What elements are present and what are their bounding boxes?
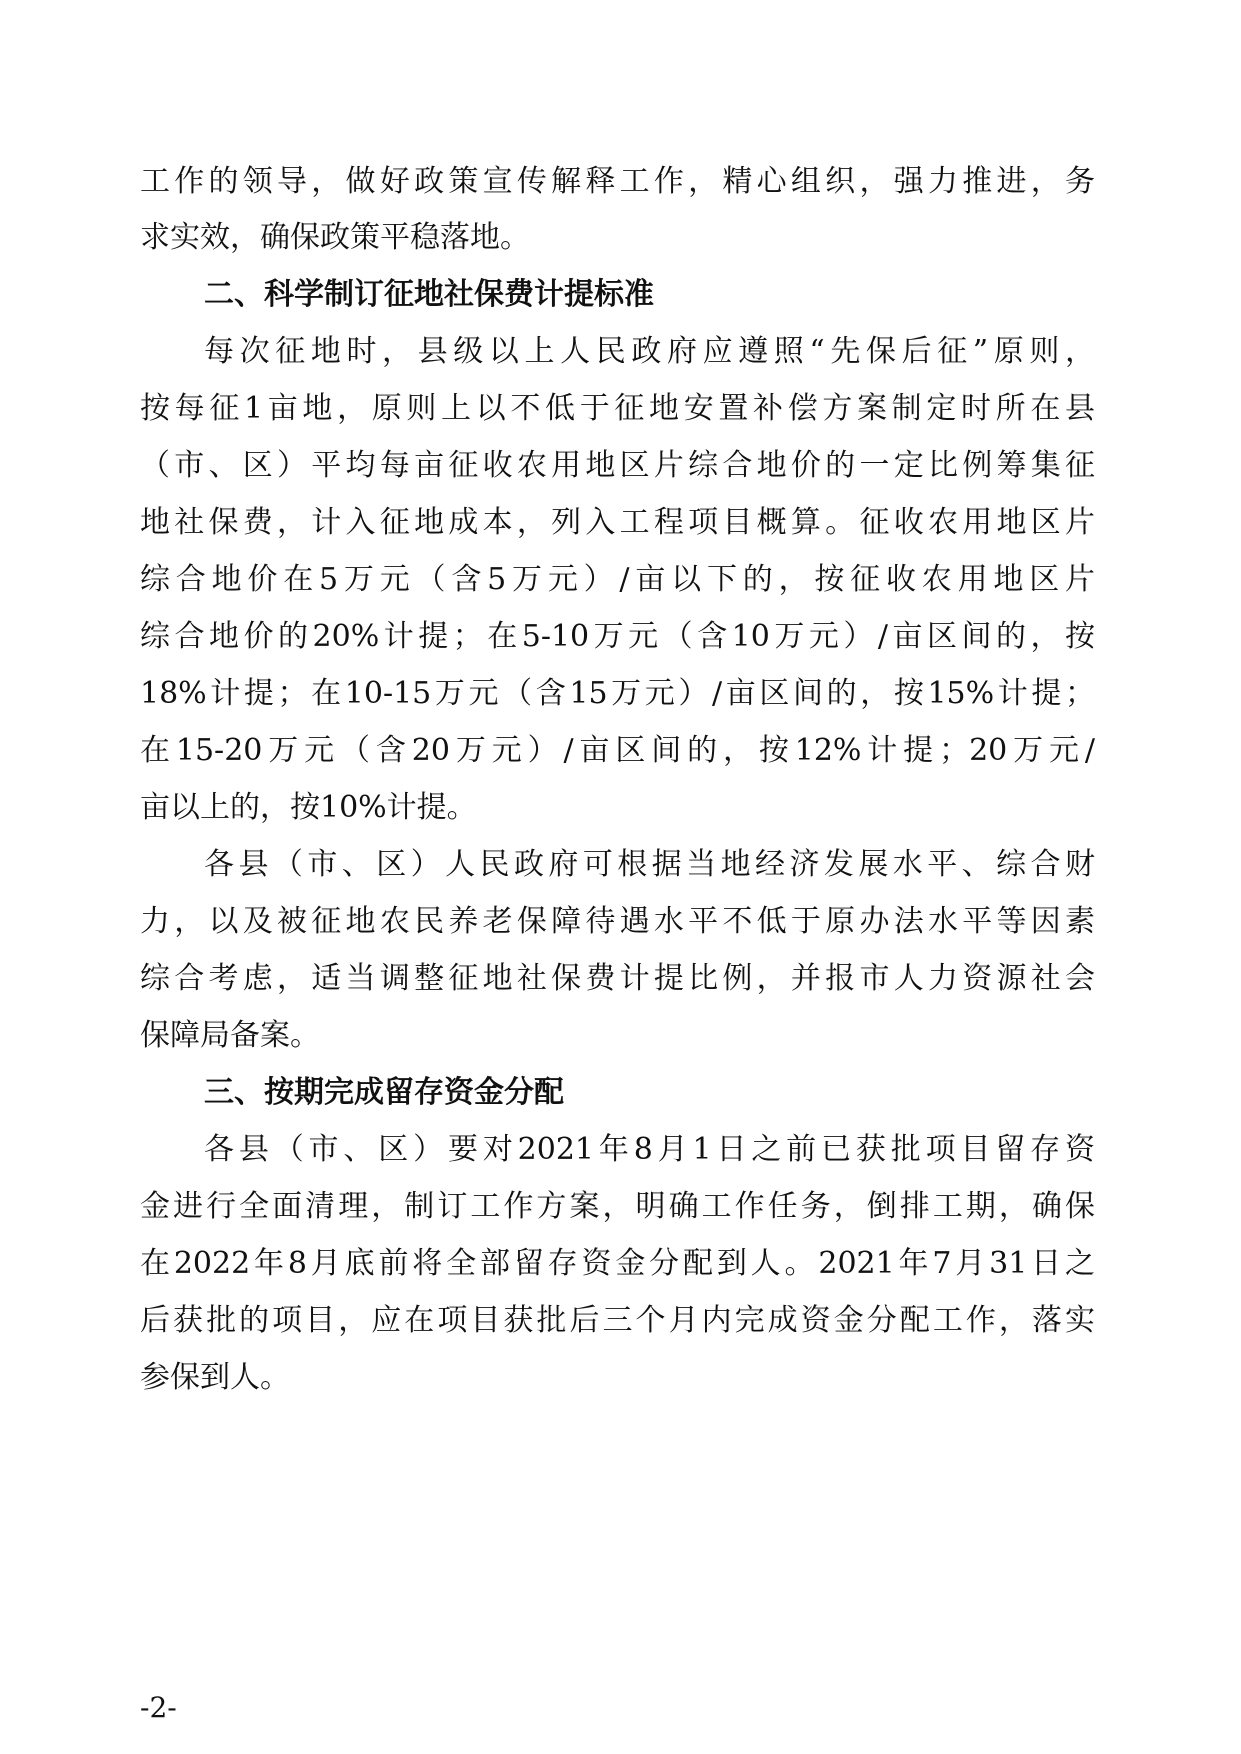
body-line: 各县（市、区）要对2021年8月1日之前已获批项目留存资 bbox=[204, 1130, 1095, 1170]
body-line: 求实效，确保政策平稳落地。 bbox=[140, 218, 1095, 258]
body-line: （市、区）平均每亩征收农用地区片综合地价的一定比例筹集征 bbox=[140, 446, 1095, 486]
body-line: 参保到人。 bbox=[140, 1358, 1095, 1398]
body-line: 在2022年8月底前将全部留存资金分配到人。2021年7月31日之 bbox=[140, 1244, 1095, 1284]
body-line: 在15-20万元（含20万元）/亩区间的，按12%计提；20万元/ bbox=[140, 731, 1095, 771]
body-line: 各县（市、区）人民政府可根据当地经济发展水平、综合财 bbox=[204, 845, 1095, 885]
body-line: 按每征1亩地，原则上以不低于征地安置补偿方案制定时所在县 bbox=[140, 389, 1095, 429]
body-line: 亩以上的，按10%计提。 bbox=[140, 788, 1095, 828]
body-line: 每次征地时，县级以上人民政府应遵照“先保后征”原则， bbox=[204, 332, 1095, 372]
body-line: 金进行全面清理，制订工作方案，明确工作任务，倒排工期，确保 bbox=[140, 1187, 1095, 1227]
body-line: 地社保费，计入征地成本，列入工程项目概算。征收农用地区片 bbox=[140, 503, 1095, 543]
body-line: 工作的领导，做好政策宣传解释工作，精心组织，强力推进，务 bbox=[140, 162, 1095, 202]
section-heading-3: 三、按期完成留存资金分配 bbox=[204, 1073, 564, 1113]
body-line: 综合考虑，适当调整征地社保费计提比例，并报市人力资源社会 bbox=[140, 959, 1095, 999]
body-line: 18%计提；在10-15万元（含15万元）/亩区间的，按15%计提； bbox=[140, 674, 1095, 714]
body-line: 后获批的项目，应在项目获批后三个月内完成资金分配工作，落实 bbox=[140, 1301, 1095, 1341]
section-heading-2: 二、科学制订征地社保费计提标准 bbox=[204, 275, 654, 315]
document-page: 工作的领导，做好政策宣传解释工作，精心组织，强力推进，务 求实效，确保政策平稳落… bbox=[0, 0, 1241, 1754]
page-number: -2- bbox=[140, 1690, 177, 1726]
body-line: 力，以及被征地农民养老保障待遇水平不低于原办法水平等因素 bbox=[140, 902, 1095, 942]
body-line: 保障局备案。 bbox=[140, 1016, 1095, 1056]
body-line: 综合地价的20%计提；在5-10万元（含10万元）/亩区间的，按 bbox=[140, 617, 1095, 657]
body-line: 综合地价在5万元（含5万元）/亩以下的，按征收农用地区片 bbox=[140, 560, 1095, 600]
